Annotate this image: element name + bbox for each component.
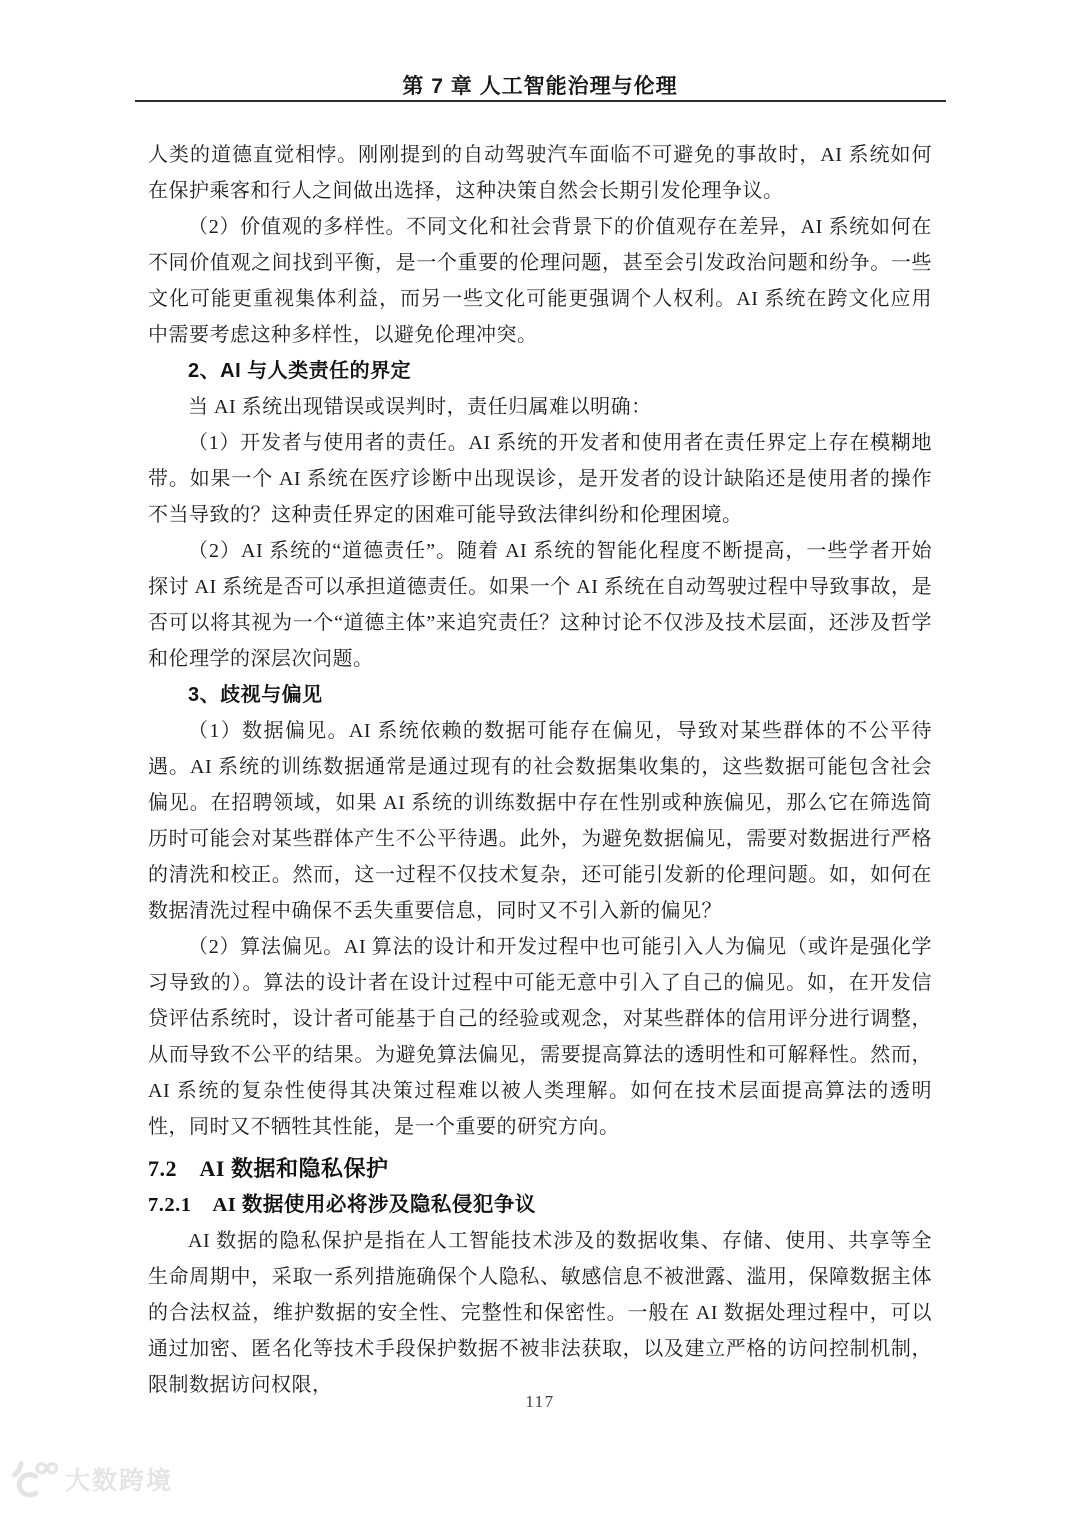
section-heading-7-2-data-privacy: 7.2 AI 数据和隐私保护 [148,1151,932,1187]
watermark-dashukuajing: 大数跨境 [12,1458,173,1500]
header-rule-divider [135,100,946,102]
subheading-discrimination-bias: 3、歧视与偏见 [148,677,932,713]
paragraph-responsibility-intro: 当 AI 系统出现错误或误判时，责任归属难以明确： [148,389,932,425]
page-number: 117 [0,1392,1080,1412]
page-body-text: 人类的道德直觉相悖。刚刚提到的自动驾驶汽车面临不可避免的事故时，AI 系统如何在… [148,137,932,1403]
document-page: 第 7 章 人工智能治理与伦理 人类的道德直觉相悖。刚刚提到的自动驾驶汽车面临不… [0,0,1080,1527]
chapter-header-title: 第 7 章 人工智能治理与伦理 [0,70,1080,100]
subheading-ai-human-responsibility: 2、AI 与人类责任的界定 [148,353,932,389]
paragraph-privacy-protection-definition: AI 数据的隐私保护是指在人工智能技术涉及的数据收集、存储、使用、共享等全生命周… [148,1223,932,1403]
dashukuajing-logo-icon [12,1458,58,1500]
paragraph-values-diversity: （2）价值观的多样性。不同文化和社会背景下的价值观存在差异，AI 系统如何在不同… [148,209,932,353]
paragraph-data-bias: （1）数据偏见。AI 系统依赖的数据可能存在偏见，导致对某些群体的不公平待遇。A… [148,713,932,929]
paragraph-ai-moral-responsibility: （2）AI 系统的“道德责任”。随着 AI 系统的智能化程度不断提高，一些学者开… [148,533,932,677]
paragraph-continuation-moral-intuition: 人类的道德直觉相悖。刚刚提到的自动驾驶汽车面临不可避免的事故时，AI 系统如何在… [148,137,932,209]
paragraph-developer-user-responsibility: （1）开发者与使用者的责任。AI 系统的开发者和使用者在责任界定上存在模糊地带。… [148,425,932,533]
watermark-brand-text: 大数跨境 [65,1461,173,1497]
subsection-heading-7-2-1-privacy-dispute: 7.2.1 AI 数据使用必将涉及隐私侵犯争议 [148,1187,932,1223]
paragraph-algorithm-bias: （2）算法偏见。AI 算法的设计和开发过程中也可能引入人为偏见（或许是强化学习导… [148,929,932,1145]
